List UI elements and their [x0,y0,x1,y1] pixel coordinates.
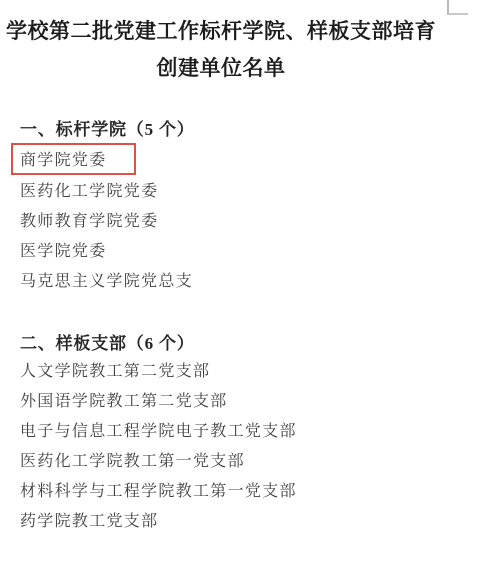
list-item: 药学院教工党支部 [20,504,499,534]
list-item: 医学院党委 [20,234,499,264]
list-item: 材料科学与工程学院教工第一党支部 [20,474,499,504]
list-item-label: 医学院党委 [20,238,107,261]
list-item-label: 医药化工学院党委 [20,178,158,201]
page-corner-mark [447,0,468,15]
section-heading-benchmark-colleges: 一、标杆学院（5 个） [20,115,195,140]
list-item: 医药化工学院教工第一党支部 [20,444,499,474]
list-item: 医药化工学院党委 [20,174,499,204]
list-item-label: 马克思主义学院党总支 [20,268,193,291]
list-item-label: 材料科学与工程学院教工第一党支部 [20,478,297,501]
list-item: 电子与信息工程学院电子教工党支部 [20,414,499,444]
list-item: 外国语学院教工第二党支部 [20,384,499,414]
list-item: 人文学院教工第二党支部 [20,354,499,384]
list-item-label: 药学院教工党支部 [20,508,158,531]
list-item: 商学院党委 [20,144,499,174]
list-item: 教师教育学院党委 [20,204,499,234]
red-highlight-box: 商学院党委 [11,143,136,175]
list-item-label: 商学院党委 [20,147,107,170]
document-page: 学校第二批党建工作标杆学院、样板支部培育 创建单位名单 一、标杆学院（5 个） … [0,0,499,562]
list-item: 马克思主义学院党总支 [20,264,499,294]
model-branches-list: 人文学院教工第二党支部 外国语学院教工第二党支部 电子与信息工程学院电子教工党支… [20,354,499,534]
list-item-label: 电子与信息工程学院电子教工党支部 [20,418,297,441]
list-item-label: 人文学院教工第二党支部 [20,358,210,381]
benchmark-colleges-list: 商学院党委 医药化工学院党委 教师教育学院党委 医学院党委 马克思主义学院党总支 [20,144,499,294]
list-item-label: 外国语学院教工第二党支部 [20,388,228,411]
list-item-label: 教师教育学院党委 [20,208,158,231]
document-title-line2: 创建单位名单 [0,50,442,87]
document-title-line1: 学校第二批党建工作标杆学院、样板支部培育 [0,13,442,50]
list-item-label: 医药化工学院教工第一党支部 [20,448,245,471]
document-title: 学校第二批党建工作标杆学院、样板支部培育 创建单位名单 [0,13,442,87]
section-heading-model-branches: 二、样板支部（6 个） [20,329,195,354]
